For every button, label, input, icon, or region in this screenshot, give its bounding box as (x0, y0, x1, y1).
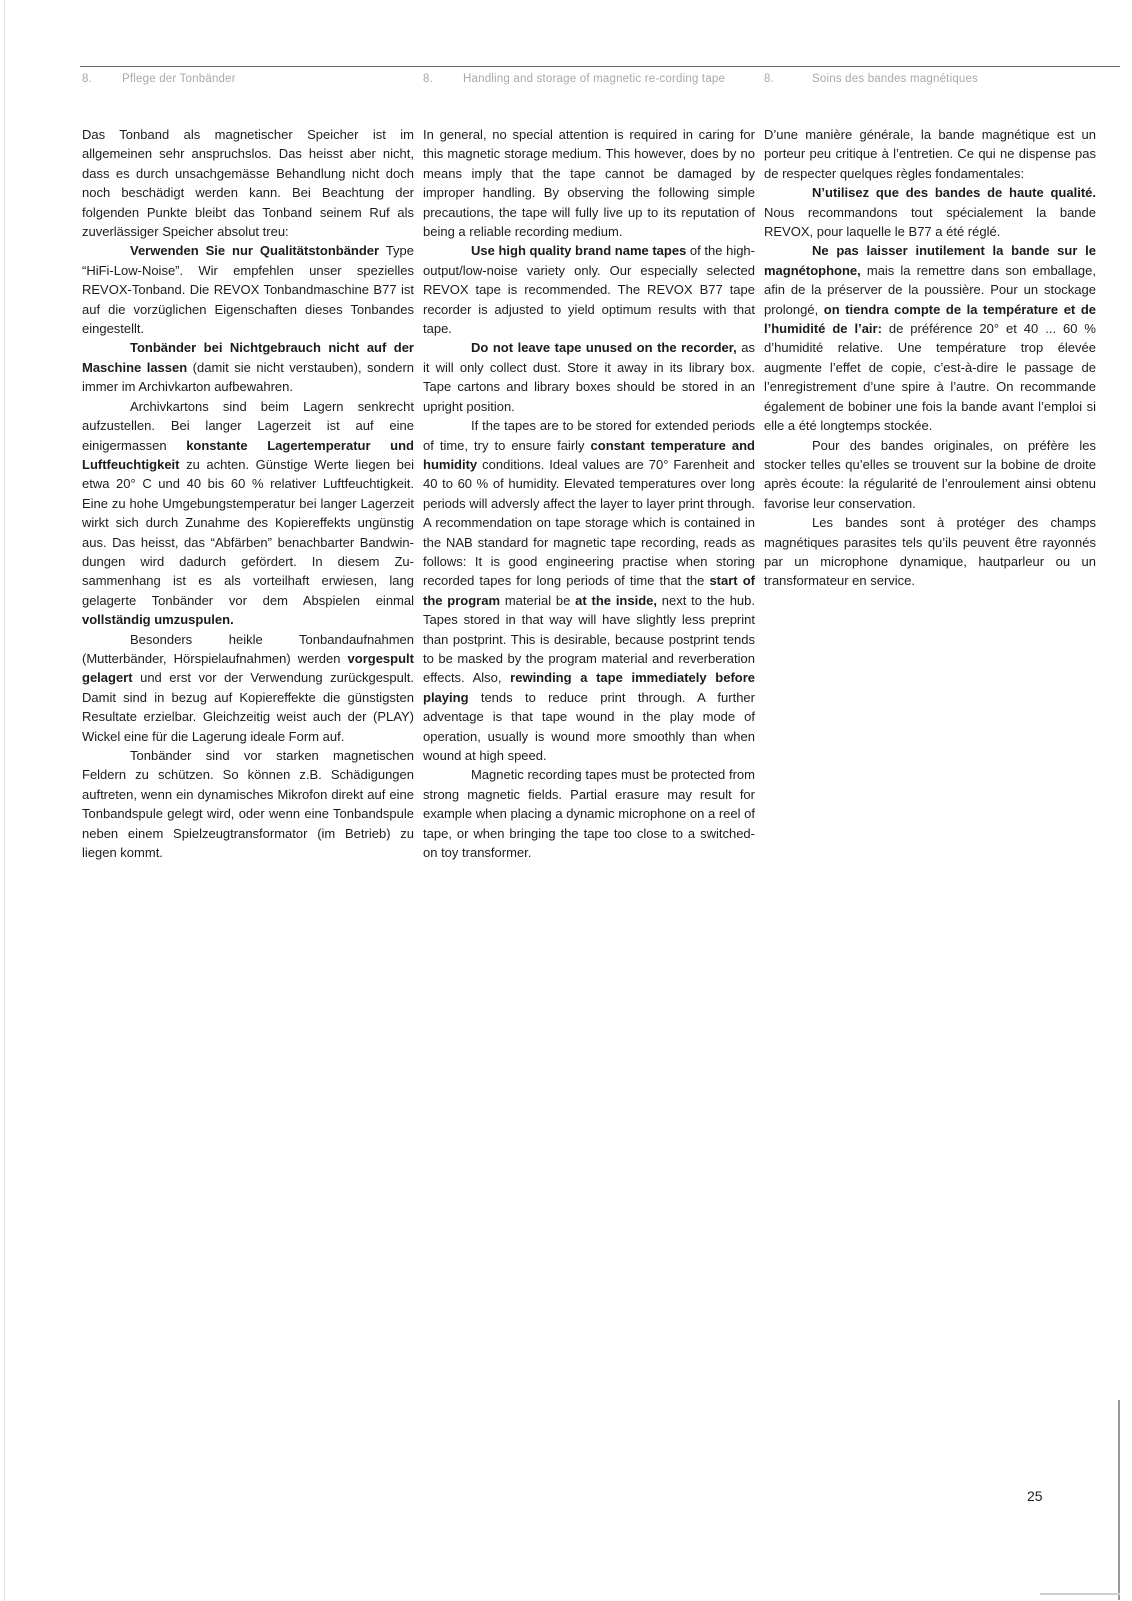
paragraph: Tonbänder bei Nichtgebrauch nicht auf de… (82, 338, 414, 396)
text: Tonbänder sind vor starken magneti­schen… (82, 748, 414, 860)
paragraph: Besonders heikle Tonbandaufnahmen (Mutte… (82, 630, 414, 746)
section-number: 8. (764, 70, 812, 89)
paragraph: Do not leave tape unused on the record­e… (423, 338, 755, 416)
page-number: 25 (1027, 1488, 1043, 1504)
paragraph: Pour des bandes originales, on préfère l… (764, 436, 1096, 514)
text: In general, no special attention is requ… (423, 127, 755, 239)
section-title: Pflege der Tonbänder (122, 70, 236, 89)
text: material be (500, 593, 575, 608)
paragraph: Tonbänder sind vor starken magneti­schen… (82, 746, 414, 862)
paragraph: Magnetic recording tapes must be pro­tec… (423, 765, 755, 862)
paragraph: N’utilisez que des bandes de haute quali… (764, 183, 1096, 241)
paragraph: In general, no special attention is requ… (423, 125, 755, 241)
section-heading-fr: 8.Soins des bandes magnétiques (764, 70, 978, 89)
text: Les bandes sont à protéger des champs ma… (764, 515, 1096, 588)
scan-edge-left (4, 0, 5, 1601)
header-rule (80, 66, 1120, 67)
text: Magnetic recording tapes must be pro­tec… (423, 767, 755, 860)
bold-text: vollständig umzuspulen. (82, 612, 234, 627)
text: Das Tonband als magnetischer Speicher is… (82, 127, 414, 239)
section-heading-en: 8.Handling and storage of magnetic re-co… (423, 70, 748, 89)
text: Nous recommandons tout spécialement la b… (764, 205, 1096, 239)
bold-text: at the inside, (575, 593, 657, 608)
column-english: In general, no special attention is requ… (423, 125, 755, 862)
section-number: 8. (82, 70, 122, 89)
section-number: 8. (423, 70, 463, 89)
bold-text: N’utilisez que des bandes de haute quali… (812, 185, 1096, 200)
scan-edge-right (1118, 1400, 1120, 1600)
paragraph: Les bandes sont à protéger des champs ma… (764, 513, 1096, 591)
paragraph: D’une manière générale, la bande magnéti… (764, 125, 1096, 183)
paragraph: Archivkartons sind beim Lagern senk­rech… (82, 397, 414, 630)
text: tends to reduce print through. A further… (423, 690, 755, 763)
section-heading-de: 8.Pflege der Tonbänder (82, 70, 236, 89)
section-title: Soins des bandes magnétiques (812, 70, 978, 89)
text: und erst vor der Verwendung zurückgespul… (82, 670, 414, 743)
text: zu achten. Günstige Werte liegen bei etw… (82, 457, 414, 608)
text: Pour des bandes originales, on préfère l… (764, 438, 1096, 511)
text: de pré­férence 20° et 40 ... 60 % d’humi… (764, 321, 1096, 433)
bold-text: Verwenden Sie nur Qualitätstonbänder (130, 243, 379, 258)
paragraph: Das Tonband als magnetischer Speicher is… (82, 125, 414, 241)
scan-edge-bottom (1040, 1593, 1120, 1595)
column-french: D’une manière générale, la bande magnéti… (764, 125, 1096, 591)
column-german: Das Tonband als magnetischer Speicher is… (82, 125, 414, 862)
text: D’une manière générale, la bande magnéti… (764, 127, 1096, 181)
text: conditions. Ideal values are 70° Farenhe… (423, 457, 755, 588)
paragraph: Verwenden Sie nur Qualitätstonbänder Typ… (82, 241, 414, 338)
section-title: Handling and storage of magnetic re-cord… (463, 70, 741, 89)
bold-text: Do not leave tape unused on the record­e… (471, 340, 737, 355)
bold-text: Use high quality brand name tapes (471, 243, 686, 258)
paragraph: Use high quality brand name tapes of the… (423, 241, 755, 338)
paragraph: Ne pas laisser inutilement la bande sur … (764, 241, 1096, 435)
paragraph: If the tapes are to be stored for ex­ten… (423, 416, 755, 765)
